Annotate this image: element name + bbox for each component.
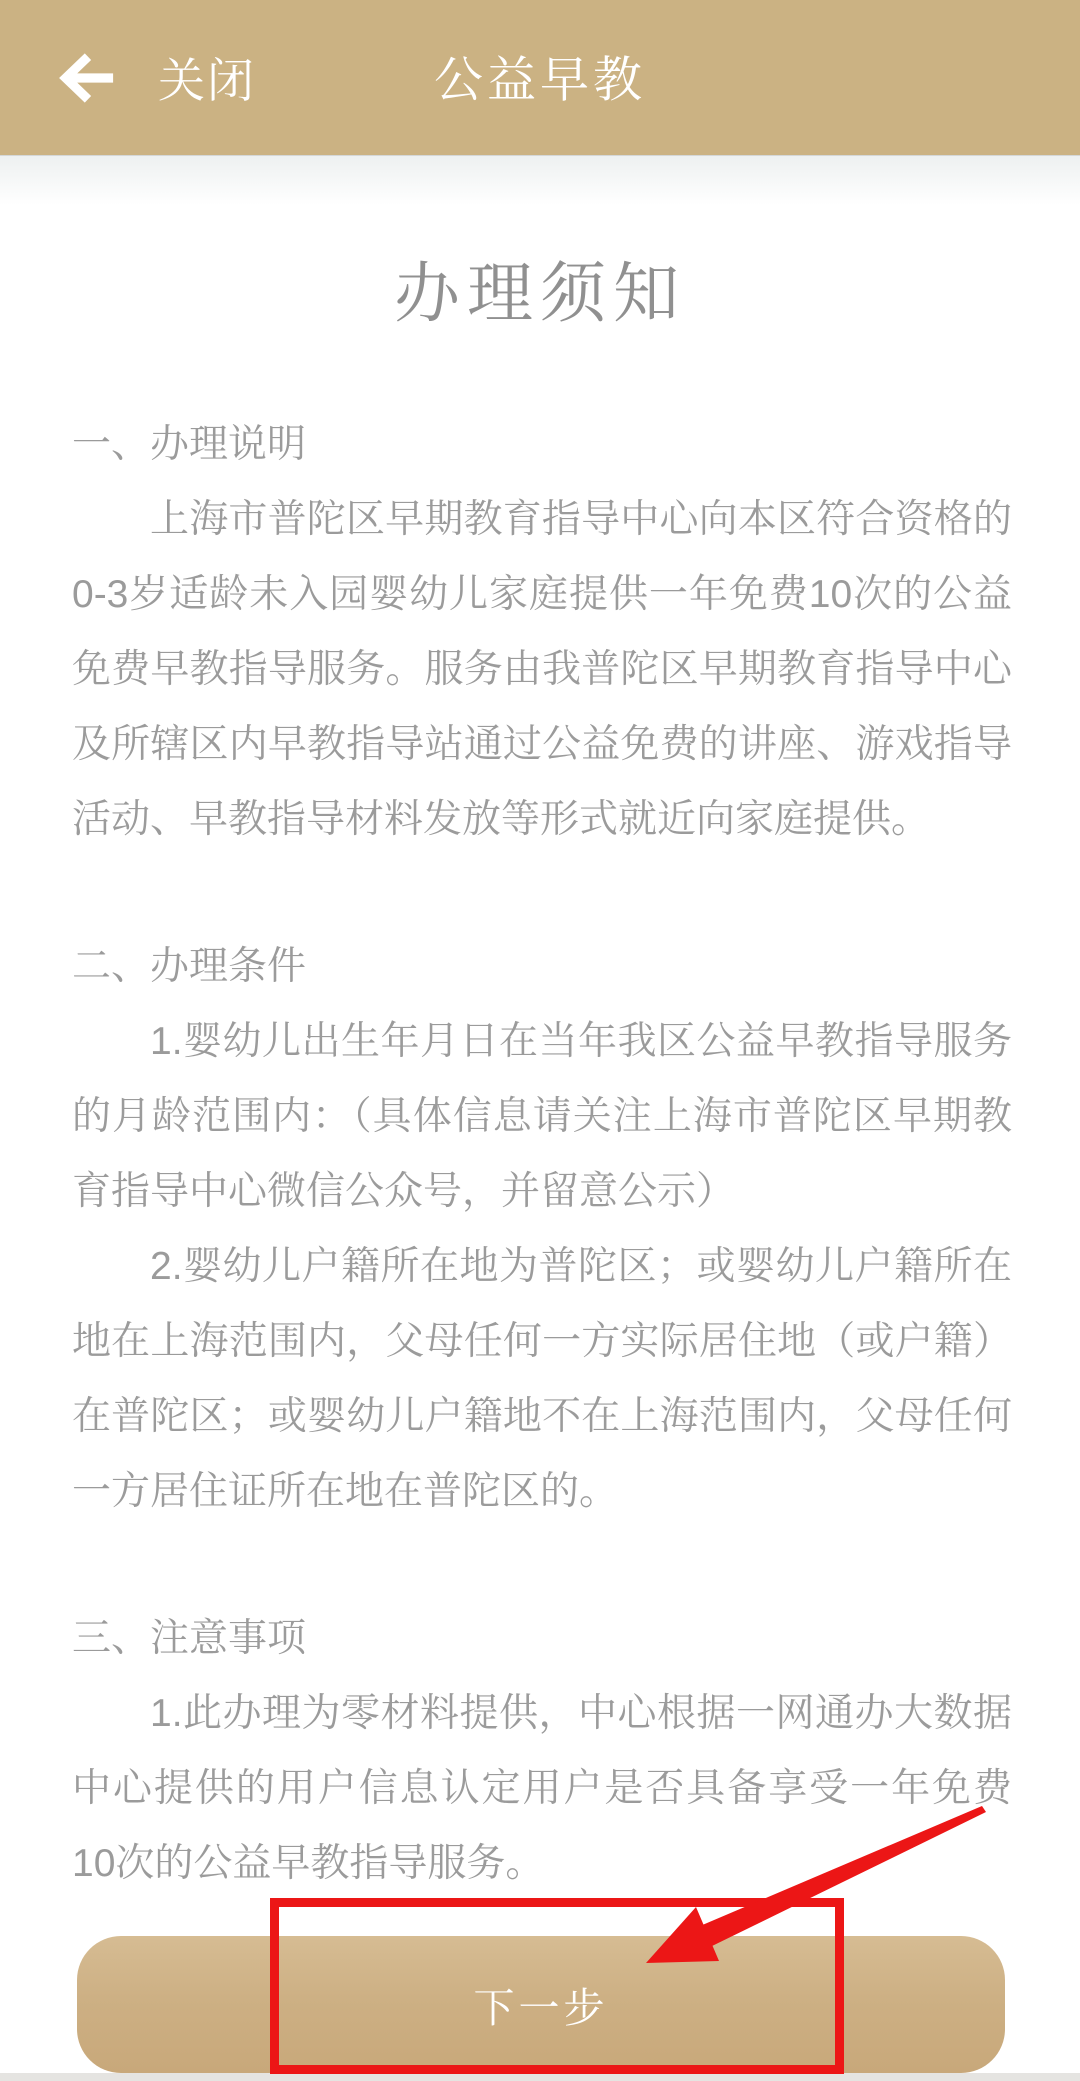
section-processing-description: 一、办理说明 上海市普陀区早期教育指导中心向本区符合资格的0-3岁适龄未入园婴幼… bbox=[72, 407, 1012, 857]
paragraph: 1.此办理为零材料提供，中心根据一网通办大数据中心提供的用户信息认定用户是否具备… bbox=[72, 1676, 1012, 1901]
next-button-label: 下一步 bbox=[474, 1975, 609, 2034]
section-heading: 三、注意事项 bbox=[72, 1601, 1012, 1676]
app-screen: { "header": { "close_label": "关闭", "titl… bbox=[0, 0, 1080, 2081]
section-processing-conditions: 二、办理条件 1.婴幼儿出生年月日在当年我区公益早教指导服务的月龄范围内：（具体… bbox=[72, 929, 1012, 1529]
section-heading: 一、办理说明 bbox=[72, 407, 1012, 482]
back-button[interactable] bbox=[58, 48, 116, 108]
paragraph: 1.婴幼儿出生年月日在当年我区公益早教指导服务的月龄范围内：（具体信息请关注上海… bbox=[72, 1004, 1012, 1229]
notice-page: 办理须知 一、办理说明 上海市普陀区早期教育指导中心向本区符合资格的0-3岁适龄… bbox=[0, 155, 1080, 2081]
notice-body: 一、办理说明 上海市普陀区早期教育指导中心向本区符合资格的0-3岁适龄未入园婴幼… bbox=[0, 407, 1080, 1901]
section-heading: 二、办理条件 bbox=[72, 929, 1012, 1004]
header-title: 公益早教 bbox=[434, 41, 646, 111]
page-title: 办理须知 bbox=[0, 155, 1080, 331]
section-notes: 三、注意事项 1.此办理为零材料提供，中心根据一网通办大数据中心提供的用户信息认… bbox=[72, 1601, 1012, 1901]
next-button[interactable]: 下一步 bbox=[77, 1936, 1005, 2073]
bottom-edge-strip bbox=[0, 2073, 1080, 2081]
app-header: 关闭 公益早教 bbox=[0, 0, 1080, 155]
paragraph: 2.婴幼儿户籍所在地为普陀区；或婴幼儿户籍所在地在上海范围内，父母任何一方实际居… bbox=[72, 1229, 1012, 1529]
paragraph: 上海市普陀区早期教育指导中心向本区符合资格的0-3岁适龄未入园婴幼儿家庭提供一年… bbox=[72, 482, 1012, 857]
arrow-left-icon bbox=[58, 48, 116, 108]
close-button[interactable]: 关闭 bbox=[158, 44, 256, 111]
